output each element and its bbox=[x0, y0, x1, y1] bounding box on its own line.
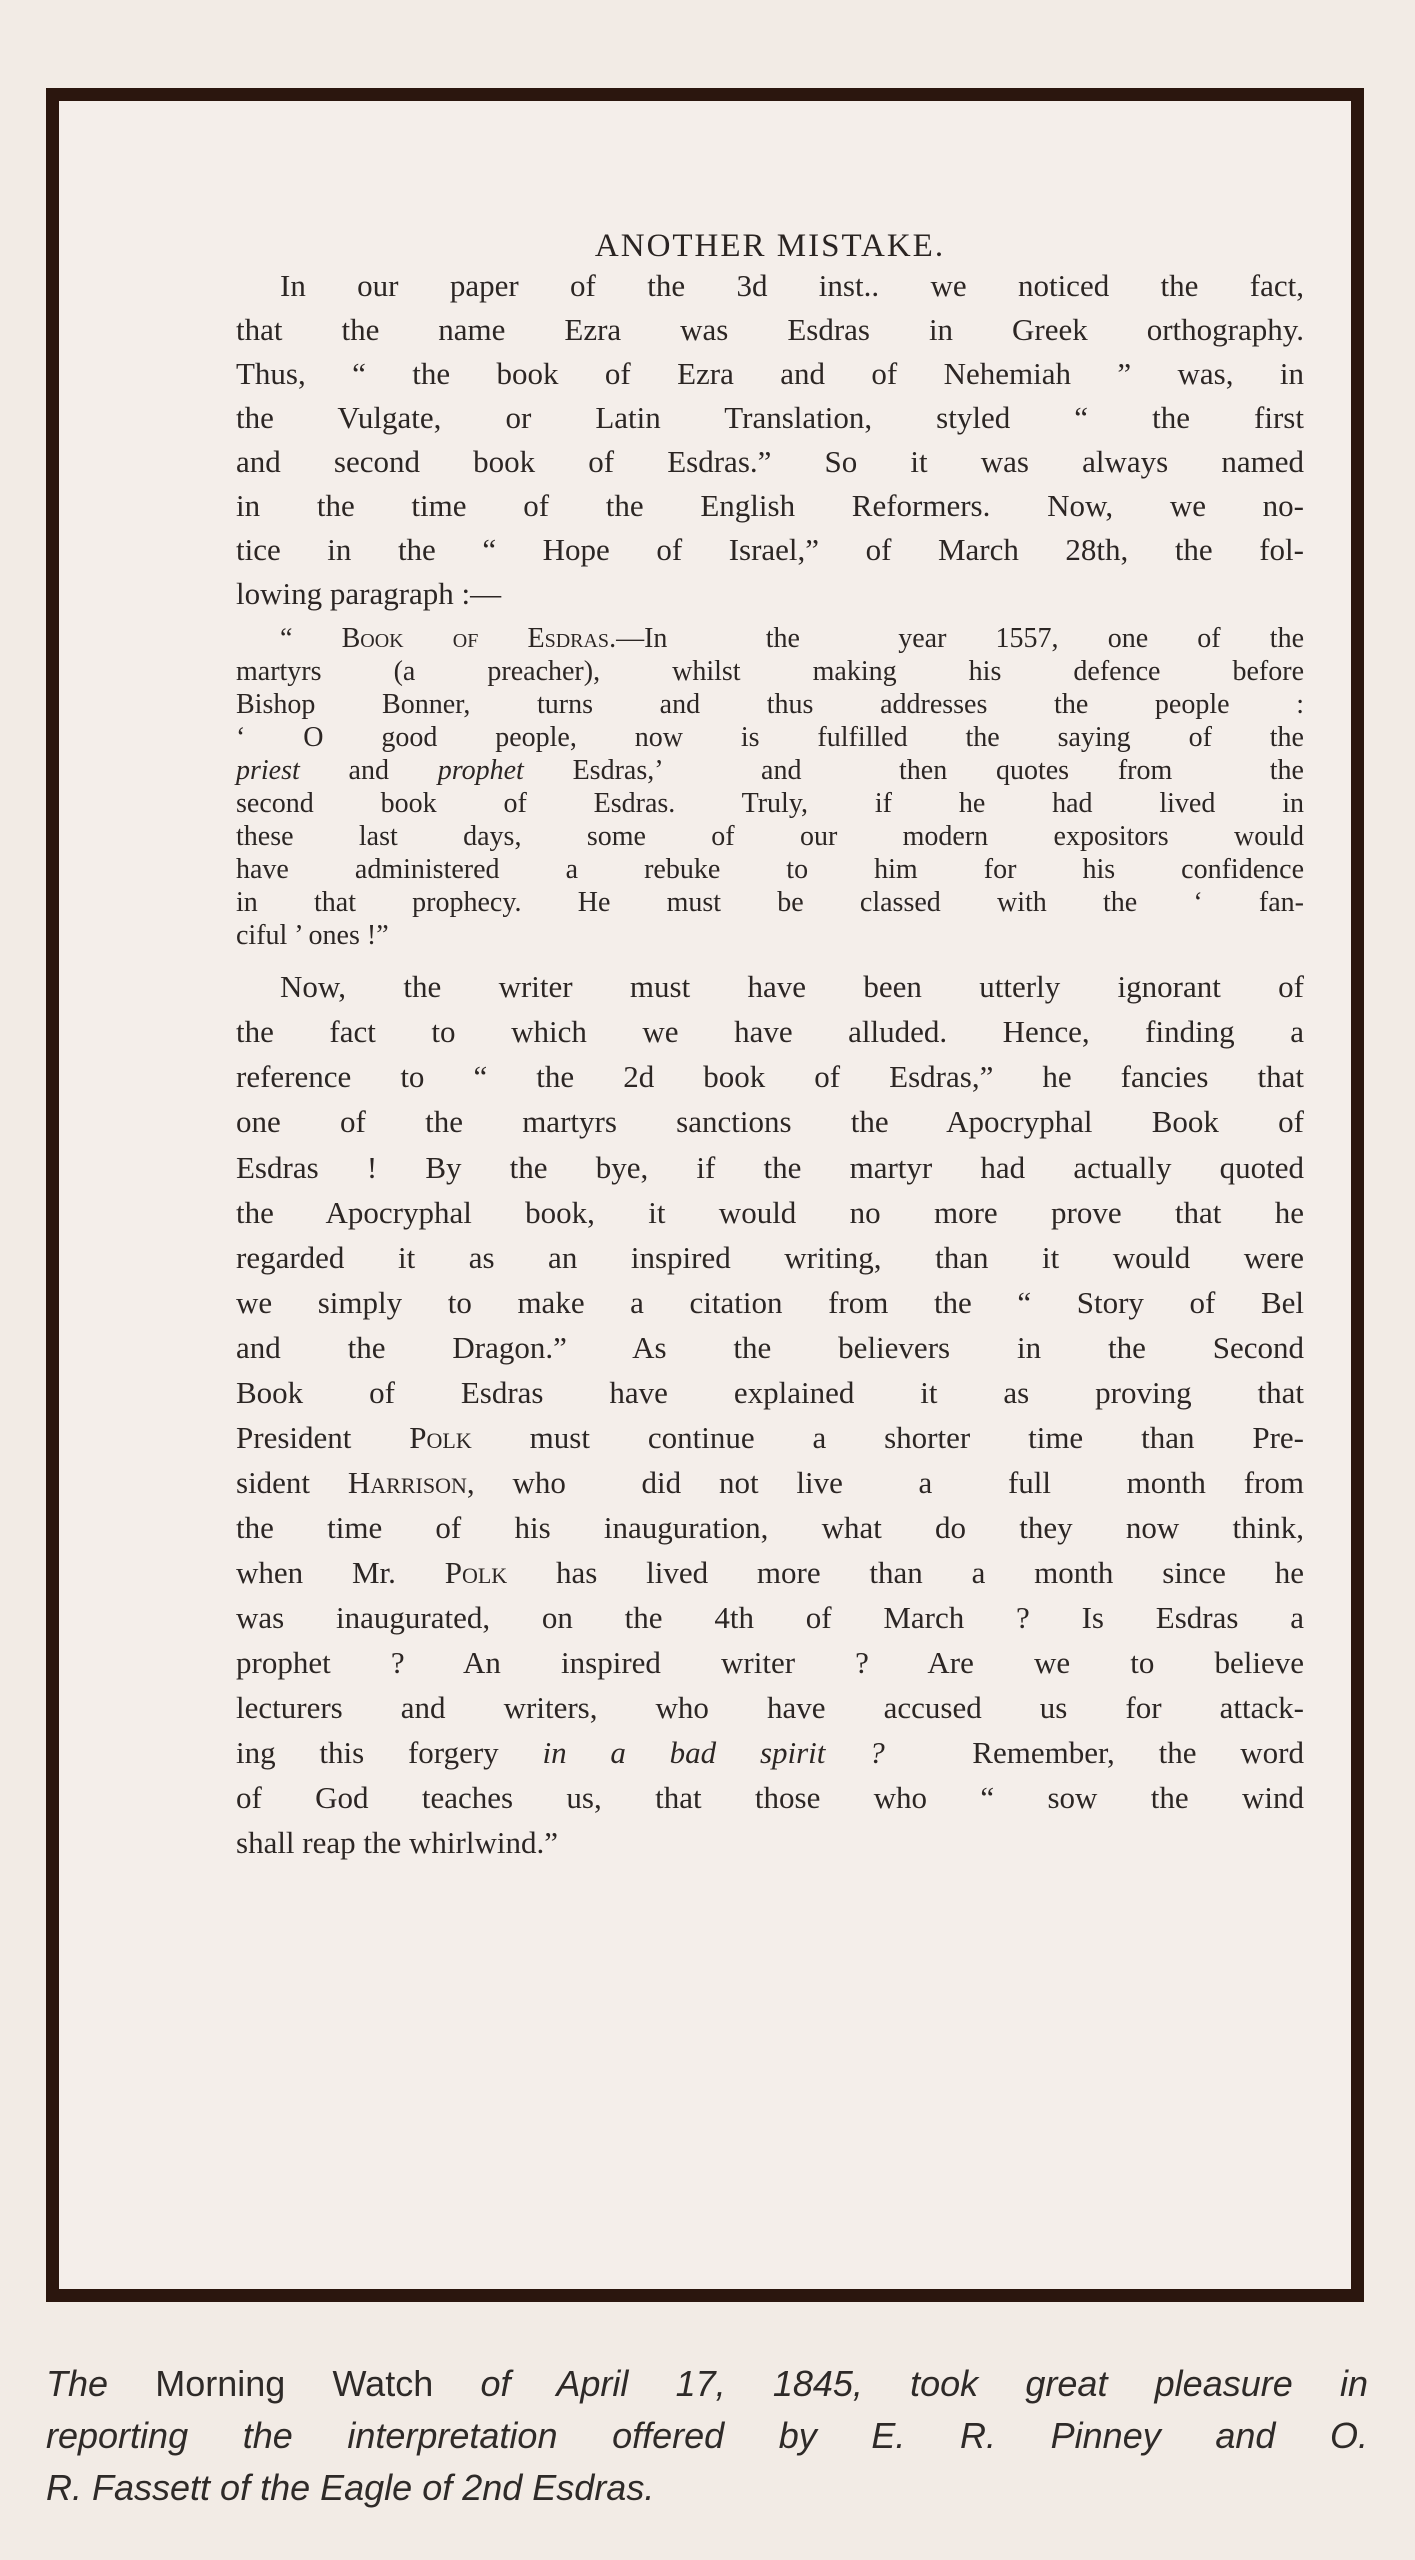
publication-name: Morning Watch bbox=[155, 2363, 480, 2404]
text-line: and the Dragon.” As the believers in the… bbox=[236, 1328, 1304, 1368]
text-line: tice in the “ Hope of Israel,” of March … bbox=[236, 530, 1304, 570]
text-line: when Mr. Polk has lived more than a mont… bbox=[236, 1553, 1304, 1593]
text-line: Book of Esdras have explained it as prov… bbox=[236, 1373, 1304, 1413]
italic-word: priest bbox=[236, 755, 300, 786]
text-line: ing this forgery in a bad spirit ? Remem… bbox=[236, 1733, 1304, 1773]
smallcaps-name: Polk bbox=[445, 1555, 507, 1590]
text-line: was inaugurated, on the 4th of March ? I… bbox=[236, 1598, 1304, 1638]
italic-phrase: in a bad spirit ? bbox=[542, 1735, 884, 1770]
text-line: have administered a rebuke to him for hi… bbox=[236, 853, 1304, 886]
text-line: second book of Esdras. Truly, if he had … bbox=[236, 787, 1304, 820]
text-line: lecturers and writers, who have accused … bbox=[236, 1688, 1304, 1728]
text-line: sident Harrison, who did not live a full… bbox=[236, 1463, 1304, 1503]
text-line: reference to “ the 2d book of Esdras,” h… bbox=[236, 1057, 1304, 1097]
text-line: in the time of the English Reformers. No… bbox=[236, 486, 1304, 526]
text-line: Now, the writer must have been utterly i… bbox=[280, 967, 1304, 1007]
article-title: ANOTHER MISTAKE. bbox=[236, 226, 1304, 266]
text-line: martyrs (a preacher), whilst making his … bbox=[236, 655, 1304, 688]
text-line: of God teaches us, that those who “ sow … bbox=[236, 1778, 1304, 1818]
quote-open: “ bbox=[280, 623, 342, 654]
text-line: we simply to make a citation from the “ … bbox=[236, 1283, 1304, 1323]
figure-caption: The Morning Watch of April 17, 1845, too… bbox=[46, 2358, 1368, 2514]
quote-line-rest: .—In the year 1557, one of the bbox=[609, 623, 1304, 654]
text-line: ‘ O good people, now is fulfilled the sa… bbox=[236, 721, 1304, 754]
text-line: “ Book of Esdras.—In the year 1557, one … bbox=[280, 622, 1304, 655]
text-line: lowing paragraph :— bbox=[236, 574, 1304, 614]
text-line: regarded it as an inspired writing, than… bbox=[236, 1238, 1304, 1278]
text-line: the fact to which we have alluded. Hence… bbox=[236, 1012, 1304, 1052]
smallcaps-name: Harrison bbox=[348, 1465, 467, 1500]
text-line: one of the martyrs sanctions the Apocryp… bbox=[236, 1102, 1304, 1142]
text-line: the Vulgate, or Latin Translation, style… bbox=[236, 398, 1304, 438]
text-line: that the name Ezra was Esdras in Greek o… bbox=[236, 310, 1304, 350]
text-line: Esdras ! By the bye, if the martyr had a… bbox=[236, 1148, 1304, 1188]
text-line: in that prophecy. He must be classed wit… bbox=[236, 886, 1304, 919]
smallcaps-heading: Book of Esdras bbox=[342, 623, 609, 654]
text-line: the Apocryphal book, it would no more pr… bbox=[236, 1193, 1304, 1233]
text-line: Bishop Bonner, turns and thus addresses … bbox=[236, 688, 1304, 721]
text-line: President Polk must continue a shorter t… bbox=[236, 1418, 1304, 1458]
text-line: In our paper of the 3d inst.. we noticed… bbox=[280, 266, 1304, 306]
text-line: Thus, “ the book of Ezra and of Nehemiah… bbox=[236, 354, 1304, 394]
smallcaps-name: Polk bbox=[409, 1420, 471, 1455]
text-line: these last days, some of our modern expo… bbox=[236, 820, 1304, 853]
text-line: the time of his inauguration, what do th… bbox=[236, 1508, 1304, 1548]
text-line: ciful ’ ones !” bbox=[236, 919, 1304, 952]
caption-line: R. Fassett of the Eagle of 2nd Esdras. bbox=[46, 2462, 1368, 2514]
text-line: shall reap the whirlwind.” bbox=[236, 1823, 1304, 1863]
text-line: prophet ? An inspired writer ? Are we to… bbox=[236, 1643, 1304, 1683]
caption-line: reporting the interpretation offered by … bbox=[46, 2410, 1368, 2462]
italic-word: prophet bbox=[438, 755, 524, 786]
caption-line: The Morning Watch of April 17, 1845, too… bbox=[46, 2358, 1368, 2410]
text-line: and second book of Esdras.” So it was al… bbox=[236, 442, 1304, 482]
text-line: priest and prophet Esdras,’ and then quo… bbox=[236, 754, 1304, 787]
